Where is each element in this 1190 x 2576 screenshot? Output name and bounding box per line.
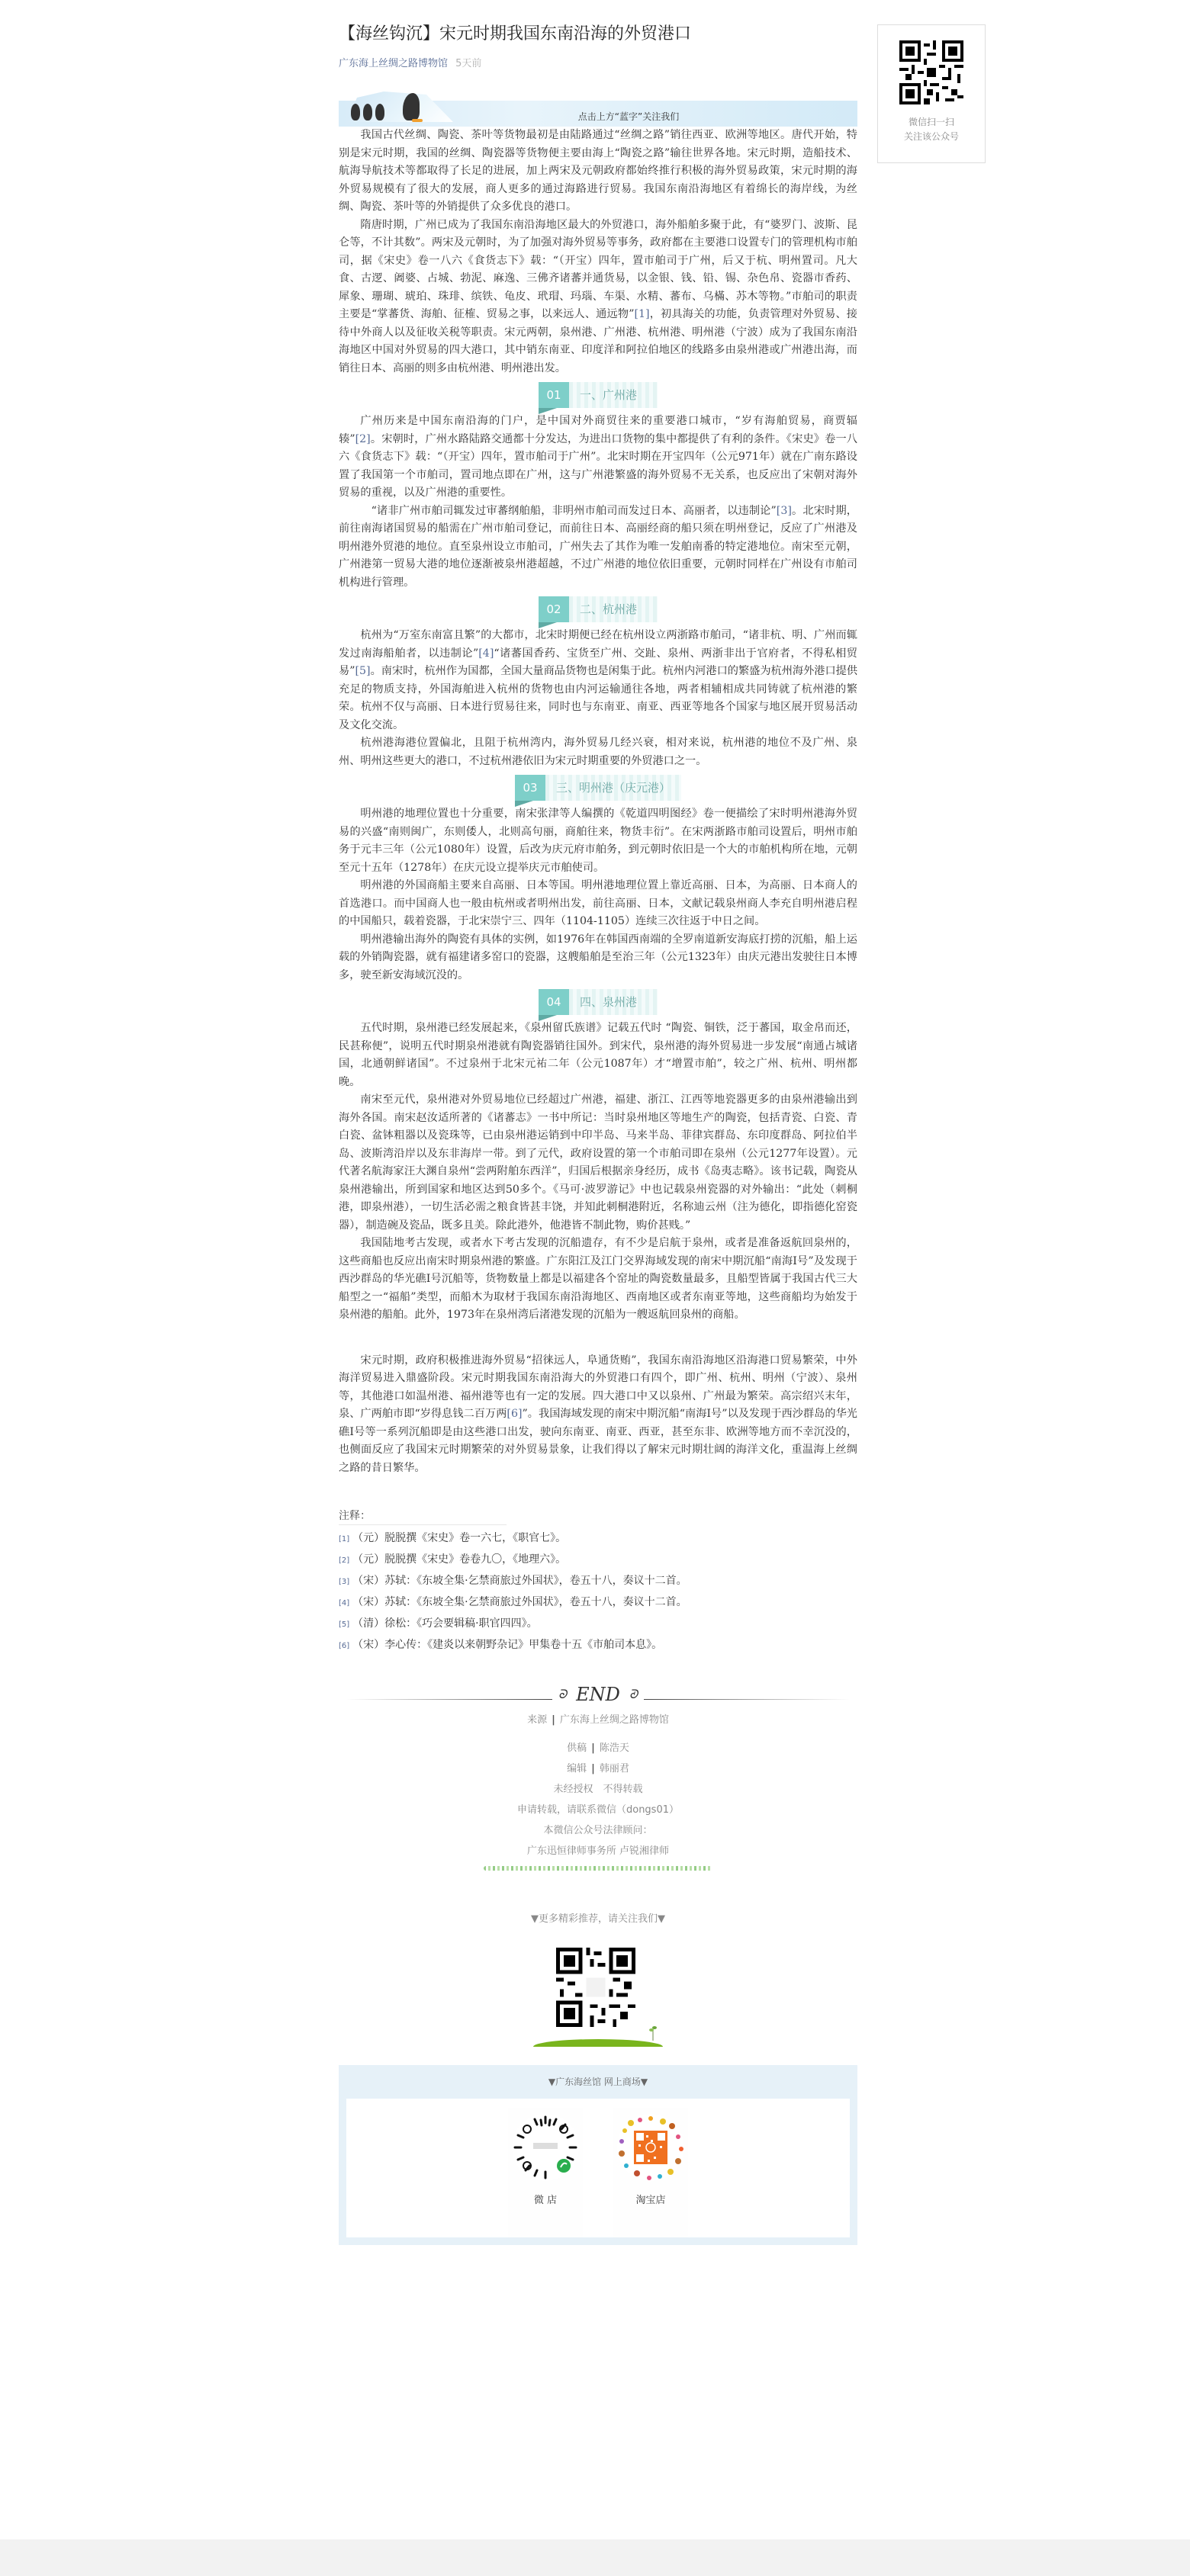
- footnote-ref[interactable]: [3]: [777, 505, 792, 517]
- footnote-item: [2]（元）脱脱撰《宋史》卷卷九〇，《地理六》。: [339, 1550, 857, 1571]
- section-number: 04: [539, 989, 569, 1015]
- footnote-item: [4]（宋）苏轼：《东坡全集·乞禁商旅过外国状》，卷五十八，奏议十二首。: [339, 1592, 857, 1614]
- footnote-item: [5]（清）徐松：《巧会要辑稿·职官四四》。: [339, 1614, 857, 1635]
- follow-banner: 点击上方“蓝字”关注我们: [339, 92, 857, 127]
- legal-value: 广东迅恒律师事务所 卢锐湘律师: [339, 1841, 857, 1861]
- paragraph: 明州港的地理位置也十分重要，南宋张津等人编撰的《乾道四明图经》卷一便描绘了宋时明…: [339, 805, 857, 877]
- section-header-1: 01 一、广州港: [339, 382, 857, 408]
- article-footer: ᘐENDᘑ 来源|广东海上丝绸之路博物馆 供稿|陈浩天 编辑|韩丽君 未经授权 …: [339, 1684, 857, 1871]
- paragraph: “诸非广州市舶司辄发过审蕃纲舶船，非明州市舶司而发过日本、高丽者，以违制论”[3…: [339, 503, 857, 593]
- section-header-4: 04 四、泉州港: [339, 989, 857, 1015]
- side-qr-caption: 微信扫一扫 关注该公众号: [878, 115, 985, 144]
- follow-qr-block: [533, 1948, 663, 2047]
- taobao-qr-code-icon: [616, 2112, 686, 2183]
- footnotes-label: 注释：: [339, 1508, 507, 1525]
- conclusion-paragraph: 宋元时期，政府积极推进海外贸易“招徕远人，阜通货贿”，我国东南沿海地区沿海港口贸…: [339, 1352, 857, 1478]
- footnote-ref[interactable]: [5]: [355, 665, 370, 677]
- article-body: 我国古代丝绸、陶瓷、茶叶等货物最初是由陆路通过“丝绸之路”销往西亚、欧洲等地区。…: [339, 127, 857, 1477]
- paragraph: 我国古代丝绸、陶瓷、茶叶等货物最初是由陆路通过“丝绸之路”销往西亚、欧洲等地区。…: [339, 127, 857, 217]
- article-title: 【海丝钩沉】宋元时期我国东南沿海的外贸港口: [339, 23, 857, 46]
- online-shop-panel: ▼广东海丝馆 网上商场▼: [339, 2065, 857, 2245]
- footnote-item: [1]（元）脱脱撰《宋史》卷一六七，《职官七》。: [339, 1528, 857, 1550]
- mini-program-code-icon: [510, 2112, 581, 2183]
- section-number: 02: [539, 596, 569, 622]
- qr-code-icon: [899, 40, 963, 104]
- author-link[interactable]: 广东海上丝绸之路博物馆: [339, 58, 448, 69]
- article: 【海丝钩沉】宋元时期我国东南沿海的外贸港口 广东海上丝绸之路博物馆 5天前 点击…: [339, 0, 857, 2245]
- section-title: 三、明州港（庆元港）: [545, 775, 681, 801]
- footnote-ref[interactable]: [2]: [355, 433, 371, 445]
- section-title: 二、杭州港: [569, 596, 658, 622]
- page-bottom-bar: [0, 2539, 1190, 2576]
- copyright-line: 未经授权 不得转载: [339, 1779, 857, 1800]
- editor-line: 编辑|韩丽君: [339, 1759, 857, 1779]
- flourish-icon: ᘐ: [558, 1687, 567, 1701]
- source-line: 来源|广东海上丝绸之路博物馆: [339, 1710, 857, 1730]
- follow-prompt: 点击上方“蓝字”关注我们: [339, 110, 857, 123]
- footnote-item: [6]（宋）李心传：《建炎以来朝野杂记》甲集卷十五《市舶司本息》。: [339, 1635, 857, 1656]
- publish-time: 5天前: [455, 58, 481, 69]
- weidian-shop[interactable]: 微 店: [508, 2108, 583, 2237]
- section-header-2: 02 二、杭州港: [339, 596, 857, 622]
- legal-label: 本微信公众号法律顾问：: [339, 1820, 857, 1841]
- paragraph: 杭州为“万室东南富且繁”的大都市，北宋时期便已经在杭州设立两浙路市舶司，“诸非杭…: [339, 627, 857, 734]
- paragraph: 明州港的外国商船主要来自高丽、日本等国。明州港地理位置上靠近高丽、日本，为高丽、…: [339, 877, 857, 931]
- shop-title: ▼广东海丝馆 网上商场▼: [346, 2065, 850, 2099]
- paragraph: 我国陆地考古发现，或者水下考古发现的沉船遗存，有不少是启航于泉州，或者是准备返航…: [339, 1235, 857, 1325]
- footnote-ref[interactable]: [6]: [507, 1408, 522, 1420]
- paragraph: 五代时期，泉州港已经发展起来，《泉州留氏族谱》记载五代时 “陶瓷、铜铁，泛于蕃国…: [339, 1020, 857, 1091]
- paragraph: 杭州港海港位置偏北，且阻于杭州湾内，海外贸易几经兴衰，相对来说，杭州港的地位不及…: [339, 734, 857, 770]
- more-recommend: ▼更多精彩推荐，请关注我们▼: [339, 1910, 857, 1925]
- reprint-line: 申请转载，请联系微信（dongs01）: [339, 1800, 857, 1820]
- footnote-ref[interactable]: [1]: [634, 308, 649, 320]
- paragraph: 广州历来是中国东南沿海的门户，是中国对外商贸往来的重要港口城市，“岁有海舶贸易，…: [339, 413, 857, 503]
- shop-label: 微 店: [508, 2192, 583, 2206]
- contributor-line: 供稿|陈浩天: [339, 1738, 857, 1759]
- section-number: 03: [515, 775, 545, 801]
- flourish-icon: ᘑ: [629, 1687, 638, 1701]
- section-header-3: 03 三、明州港（庆元港）: [339, 775, 857, 801]
- section-title: 一、广州港: [569, 382, 658, 408]
- side-follow-qr: 微信扫一扫 关注该公众号: [877, 24, 986, 163]
- paragraph: 明州港输出海外的陶瓷有具体的实例，如1976年在韩国西南端的全罗南道新安海底打捞…: [339, 931, 857, 985]
- taobao-shop[interactable]: 淘宝店: [613, 2108, 688, 2237]
- paragraph: 隋唐时期，广州已成为了我国东南沿海地区最大的外贸港口，海外船舶多聚于此，有“婆罗…: [339, 217, 857, 378]
- qr-code-icon: [556, 1948, 635, 2027]
- end-label: END: [576, 1684, 620, 1705]
- sprout-icon: [649, 2025, 657, 2041]
- footnotes: 注释： [1]（元）脱脱撰《宋史》卷一六七，《职官七》。 [2]（元）脱脱撰《宋…: [339, 1508, 857, 1656]
- vine-divider: [484, 1866, 712, 1871]
- article-meta: 广东海上丝绸之路博物馆 5天前: [339, 56, 857, 72]
- shop-label: 淘宝店: [613, 2192, 688, 2206]
- footnote-item: [3]（宋）苏轼：《东坡全集·乞禁商旅过外国状》，卷五十八，奏议十二首。: [339, 1571, 857, 1592]
- grass-hill-decoration: [533, 2039, 663, 2047]
- paragraph: 南宋至元代，泉州港对外贸易地位已经超过广州港，福建、浙江、江西等地瓷器更多的由泉…: [339, 1091, 857, 1235]
- footnote-ref[interactable]: [4]: [478, 647, 494, 660]
- section-number: 01: [539, 382, 569, 408]
- end-divider: ᘐENDᘑ: [339, 1684, 857, 1707]
- section-title: 四、泉州港: [569, 989, 658, 1015]
